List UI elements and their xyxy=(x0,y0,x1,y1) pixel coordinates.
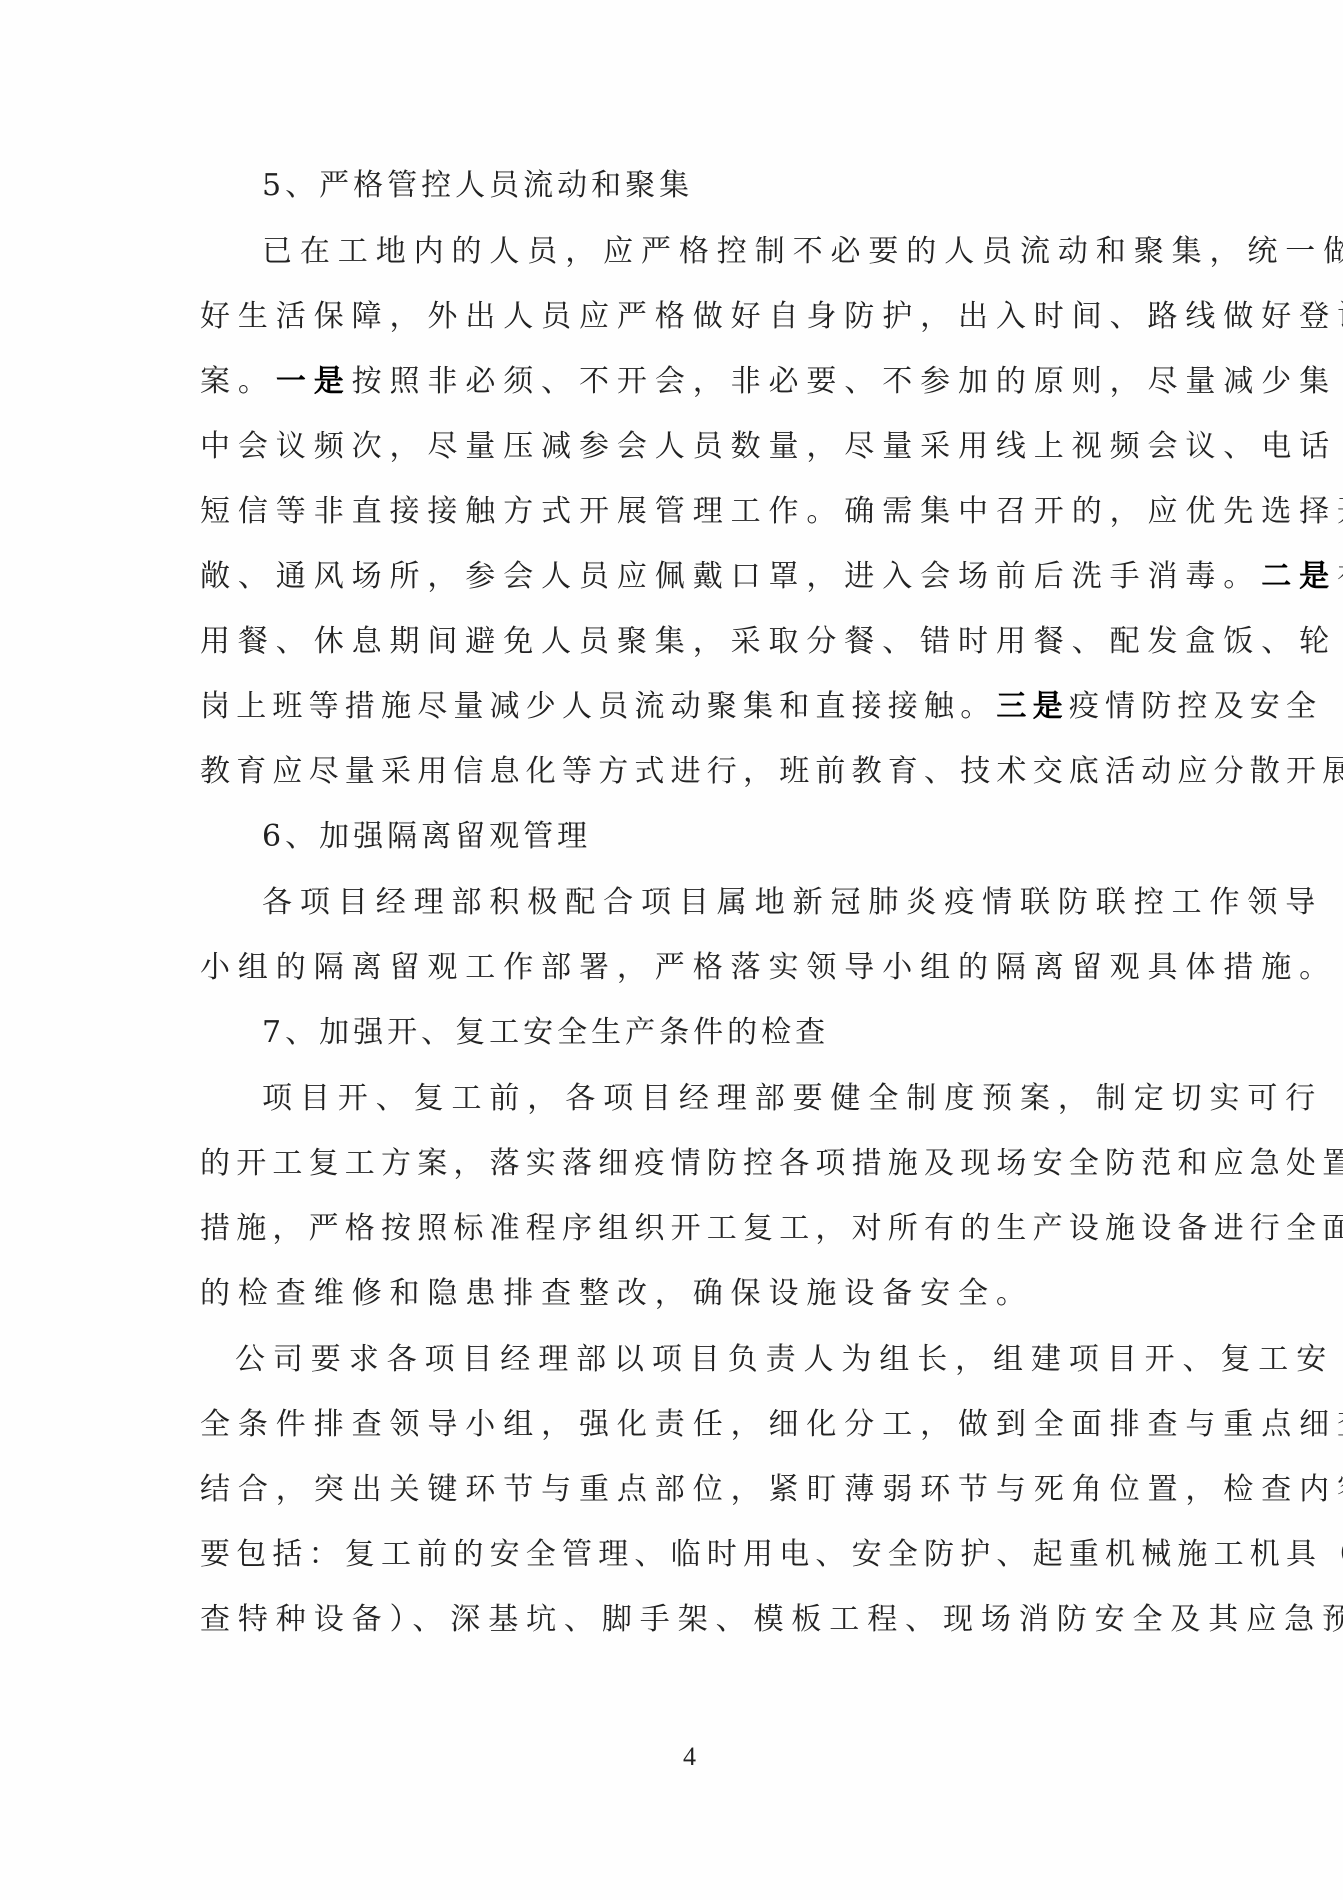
paragraph-line: 中会议频次，尽量压减参会人员数量，尽量采用线上视频会议、电话 xyxy=(200,427,1190,467)
paragraph-line: 公司要求各项目经理部以项目负责人为组长，组建项目开、复工安 xyxy=(235,1340,1163,1380)
paragraph-line: 岗上班等措施尽量减少人员流动聚集和直接接触。三是疫情防控及安全 xyxy=(200,687,1190,727)
section-6-heading: 6、加强隔离留观管理 xyxy=(262,817,1252,857)
paragraph-line: 结合，突出关键环节与重点部位，紧盯薄弱环节与死角位置，检查内容主 xyxy=(200,1470,1190,1510)
document-page: 5、严格管控人员流动和聚集 已在工地内的人员，应严格控制不必要的人员流动和聚集，… xyxy=(0,0,1343,1900)
paragraph-line: 小组的隔离留观工作部署，严格落实领导小组的隔离留观具体措施。 xyxy=(200,948,1190,988)
bold-marker-second: 二是 xyxy=(1261,559,1337,594)
text-span: 按照非必须、不开会，非必要、不参加的原则，尽量减少集 xyxy=(352,364,1337,399)
paragraph-line: 各项目经理部积极配合项目属地新冠肺炎疫情联防联控工作领导 xyxy=(262,883,1190,923)
paragraph-line: 的开工复工方案，落实落细疫情防控各项措施及现场安全防范和应急处置 xyxy=(200,1144,1190,1184)
text-span: 岗上班等措施尽量减少人员流动聚集和直接接触。 xyxy=(200,689,996,724)
paragraph-line: 要包括：复工前的安全管理、临时用电、安全防护、起重机械施工机具（重 xyxy=(200,1535,1190,1575)
paragraph-line: 查特种设备）、深基坑、脚手架、模板工程、现场消防安全及其应急预案 xyxy=(200,1600,1190,1640)
bold-marker-third: 三是 xyxy=(996,689,1068,724)
text-span: 案。 xyxy=(200,364,276,399)
paragraph-line: 措施，严格按照标准程序组织开工复工，对所有的生产设施设备进行全面 xyxy=(200,1209,1190,1249)
text-span: 在 xyxy=(1337,559,1343,594)
paragraph-line: 案。一是按照非必须、不开会，非必要、不参加的原则，尽量减少集 xyxy=(200,362,1190,402)
paragraph-line: 敞、通风场所，参会人员应佩戴口罩，进入会场前后洗手消毒。二是在 xyxy=(200,557,1190,597)
paragraph-line: 好生活保障，外出人员应严格做好自身防护，出入时间、路线做好登记备 xyxy=(200,297,1190,337)
text-span: 敞、通风场所，参会人员应佩戴口罩，进入会场前后洗手消毒。 xyxy=(200,559,1261,594)
paragraph-line: 全条件排查领导小组，强化责任，细化分工，做到全面排查与重点细查相 xyxy=(200,1405,1190,1445)
page-number: 4 xyxy=(683,1742,696,1772)
paragraph-line: 短信等非直接接触方式开展管理工作。确需集中召开的，应优先选择开 xyxy=(200,492,1190,532)
section-5-heading: 5、严格管控人员流动和聚集 xyxy=(262,166,1252,206)
paragraph-line: 项目开、复工前，各项目经理部要健全制度预案，制定切实可行 xyxy=(262,1079,1190,1119)
paragraph-line: 的检查维修和隐患排查整改，确保设施设备安全。 xyxy=(200,1274,1190,1314)
paragraph-line: 已在工地内的人员，应严格控制不必要的人员流动和聚集，统一做 xyxy=(262,232,1190,272)
text-span: 疫情防控及安全 xyxy=(1069,689,1322,724)
paragraph-line: 教育应尽量采用信息化等方式进行，班前教育、技术交底活动应分散开展。 xyxy=(200,752,1190,792)
section-7-heading: 7、加强开、复工安全生产条件的检查 xyxy=(262,1013,1252,1053)
bold-marker-first: 一是 xyxy=(276,364,352,399)
paragraph-line: 用餐、休息期间避免人员聚集，采取分餐、错时用餐、配发盒饭、轮 xyxy=(200,622,1190,662)
